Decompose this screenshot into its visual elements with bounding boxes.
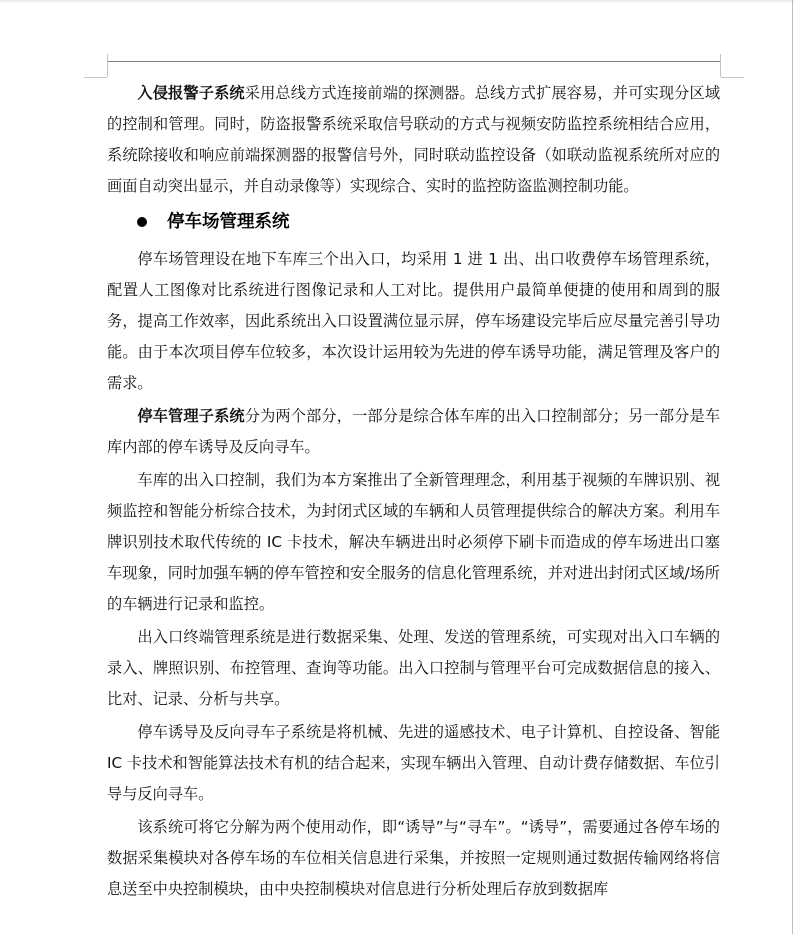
paragraph-lead-bold: 入侵报警子系统 [137, 84, 244, 102]
paragraph-parking-subsystem: 停车管理子系统分为两个部分，一部分是综合体车库的出入口控制部分；另一部分是车库内… [107, 401, 720, 463]
paragraph-lead-bold: 停车管理子系统 [137, 407, 244, 425]
page-header-rule [107, 61, 720, 62]
paragraph-intrusion-alarm: 入侵报警子系统采用总线方式连接前端的探测器。总线方式扩展容易，并可实现分区域的控… [107, 78, 720, 202]
margin-corner-mark-right-horizontal [721, 77, 744, 78]
paragraph-entrance-control: 车库的出入口控制，我们为本方案推出了全新管理理念，利用基于视频的车牌识别、视频监… [107, 465, 720, 620]
paragraph-text: 车库的出入口控制，我们为本方案推出了全新管理理念，利用基于视频的车牌识别、视频监… [107, 471, 720, 613]
paragraph-text: 该系统可将它分解为两个使用动作，即“诱导”与“寻车”。“诱导”，需要通过各停车场… [107, 818, 720, 898]
paragraph-guidance-subsystem: 停车诱导及反向寻车子系统是将机械、先进的遥感技术、电子计算机、自控设备、智能 I… [107, 717, 720, 810]
section-heading-parking: 停车场管理系统 [107, 206, 720, 238]
margin-corner-mark-left-horizontal [84, 77, 107, 78]
margin-corner-mark-left [107, 54, 108, 77]
page-right-edge [792, 0, 793, 934]
paragraph-text: 停车场管理设在地下车库三个出入口，均采用 1 进 1 出、出口收费停车场管理系统… [107, 250, 720, 392]
window-top-shadow [0, 0, 794, 3]
paragraph-parking-overview: 停车场管理设在地下车库三个出入口，均采用 1 进 1 出、出口收费停车场管理系统… [107, 244, 720, 399]
paragraph-text: 出入口终端管理系统是进行数据采集、处理、发送的管理系统，可实现对出入口车辆的录入… [107, 628, 720, 708]
paragraph-terminal-management: 出入口终端管理系统是进行数据采集、处理、发送的管理系统，可实现对出入口车辆的录入… [107, 622, 720, 715]
paragraph-text: 停车诱导及反向寻车子系统是将机械、先进的遥感技术、电子计算机、自控设备、智能 I… [107, 723, 720, 803]
bullet-icon [137, 217, 147, 227]
margin-corner-mark-right [720, 54, 721, 77]
section-heading-text: 停车场管理系统 [167, 206, 290, 238]
paragraph-guidance-actions: 该系统可将它分解为两个使用动作，即“诱导”与“寻车”。“诱导”，需要通过各停车场… [107, 812, 720, 905]
document-body[interactable]: 入侵报警子系统采用总线方式连接前端的探测器。总线方式扩展容易，并可实现分区域的控… [107, 78, 720, 905]
